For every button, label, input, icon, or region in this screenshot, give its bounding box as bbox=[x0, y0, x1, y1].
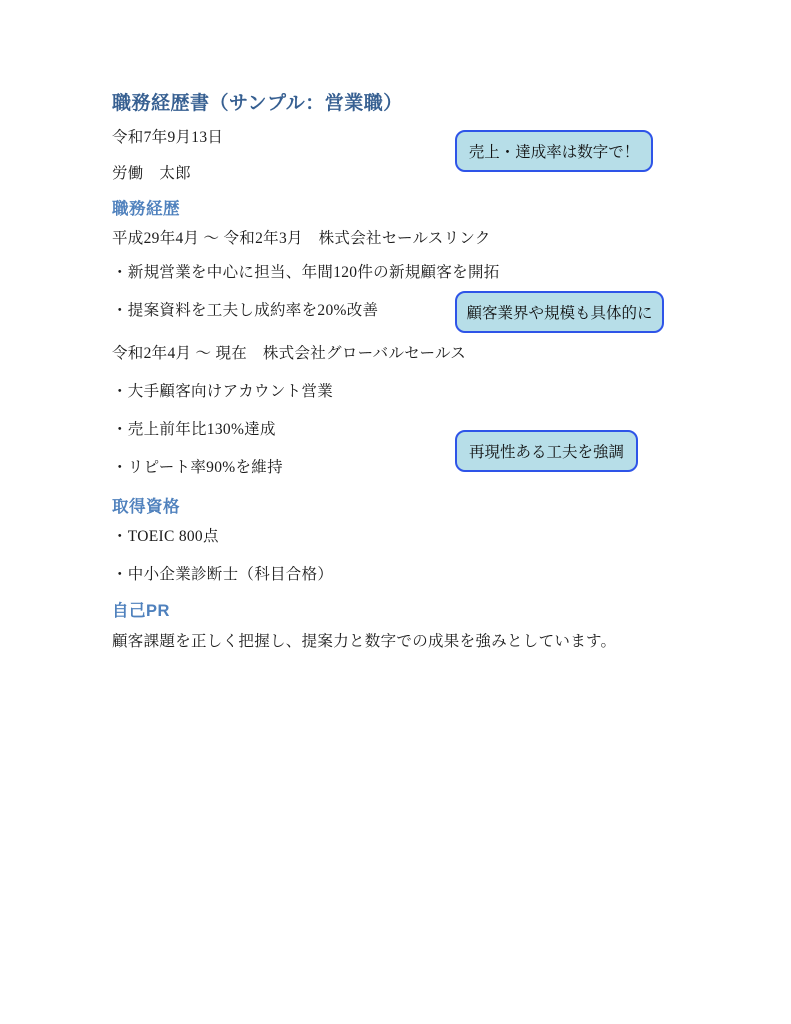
resume-document-page: 職務経歴書（サンプル：営業職） 令和7年9月13日 労働 太郎 職務経歴 平成2… bbox=[0, 0, 791, 1024]
self-pr-body: 顧客課題を正しく把握し、提案力と数字での成果を強みとしています。 bbox=[112, 629, 616, 651]
self-pr-section-heading: 自己PR bbox=[112, 597, 170, 621]
callout-label: 顧客業界や規模も具体的に bbox=[466, 301, 652, 323]
document-date: 令和7年9月13日 bbox=[112, 125, 223, 147]
qualification-item: ・中小企業診断士（科目合格） bbox=[112, 562, 333, 584]
applicant-name: 労働 太郎 bbox=[112, 161, 191, 183]
qualification-item: ・TOEIC 800点 bbox=[112, 524, 219, 546]
job2-period-company: 令和2年4月 ～ 現在 株式会社グローバルセールス bbox=[112, 341, 466, 363]
job1-bullet: ・新規営業を中心に担当、年間120件の新規顧客を開拓 bbox=[112, 260, 500, 282]
job2-bullet: ・大手顧客向けアカウント営業 bbox=[112, 379, 333, 401]
callout-reproducibility: 再現性ある工夫を強調 bbox=[455, 430, 638, 472]
callout-label: 再現性ある工夫を強調 bbox=[469, 440, 624, 462]
callout-label: 売上・達成率は数字で！ bbox=[469, 140, 640, 162]
qualifications-section-heading: 取得資格 bbox=[112, 493, 180, 517]
job1-period-company: 平成29年4月 ～ 令和2年3月 株式会社セールスリンク bbox=[112, 226, 491, 248]
callout-customer-industry: 顧客業界や規模も具体的に bbox=[455, 291, 664, 333]
callout-sales-numbers: 売上・達成率は数字で！ bbox=[455, 130, 653, 172]
job1-bullet: ・提案資料を工夫し成約率を20%改善 bbox=[112, 298, 378, 320]
job2-bullet: ・売上前年比130%達成 bbox=[112, 417, 276, 439]
job2-bullet: ・リピート率90%を維持 bbox=[112, 455, 283, 477]
document-title: 職務経歴書（サンプル：営業職） bbox=[112, 88, 403, 115]
career-section-heading: 職務経歴 bbox=[112, 195, 180, 219]
